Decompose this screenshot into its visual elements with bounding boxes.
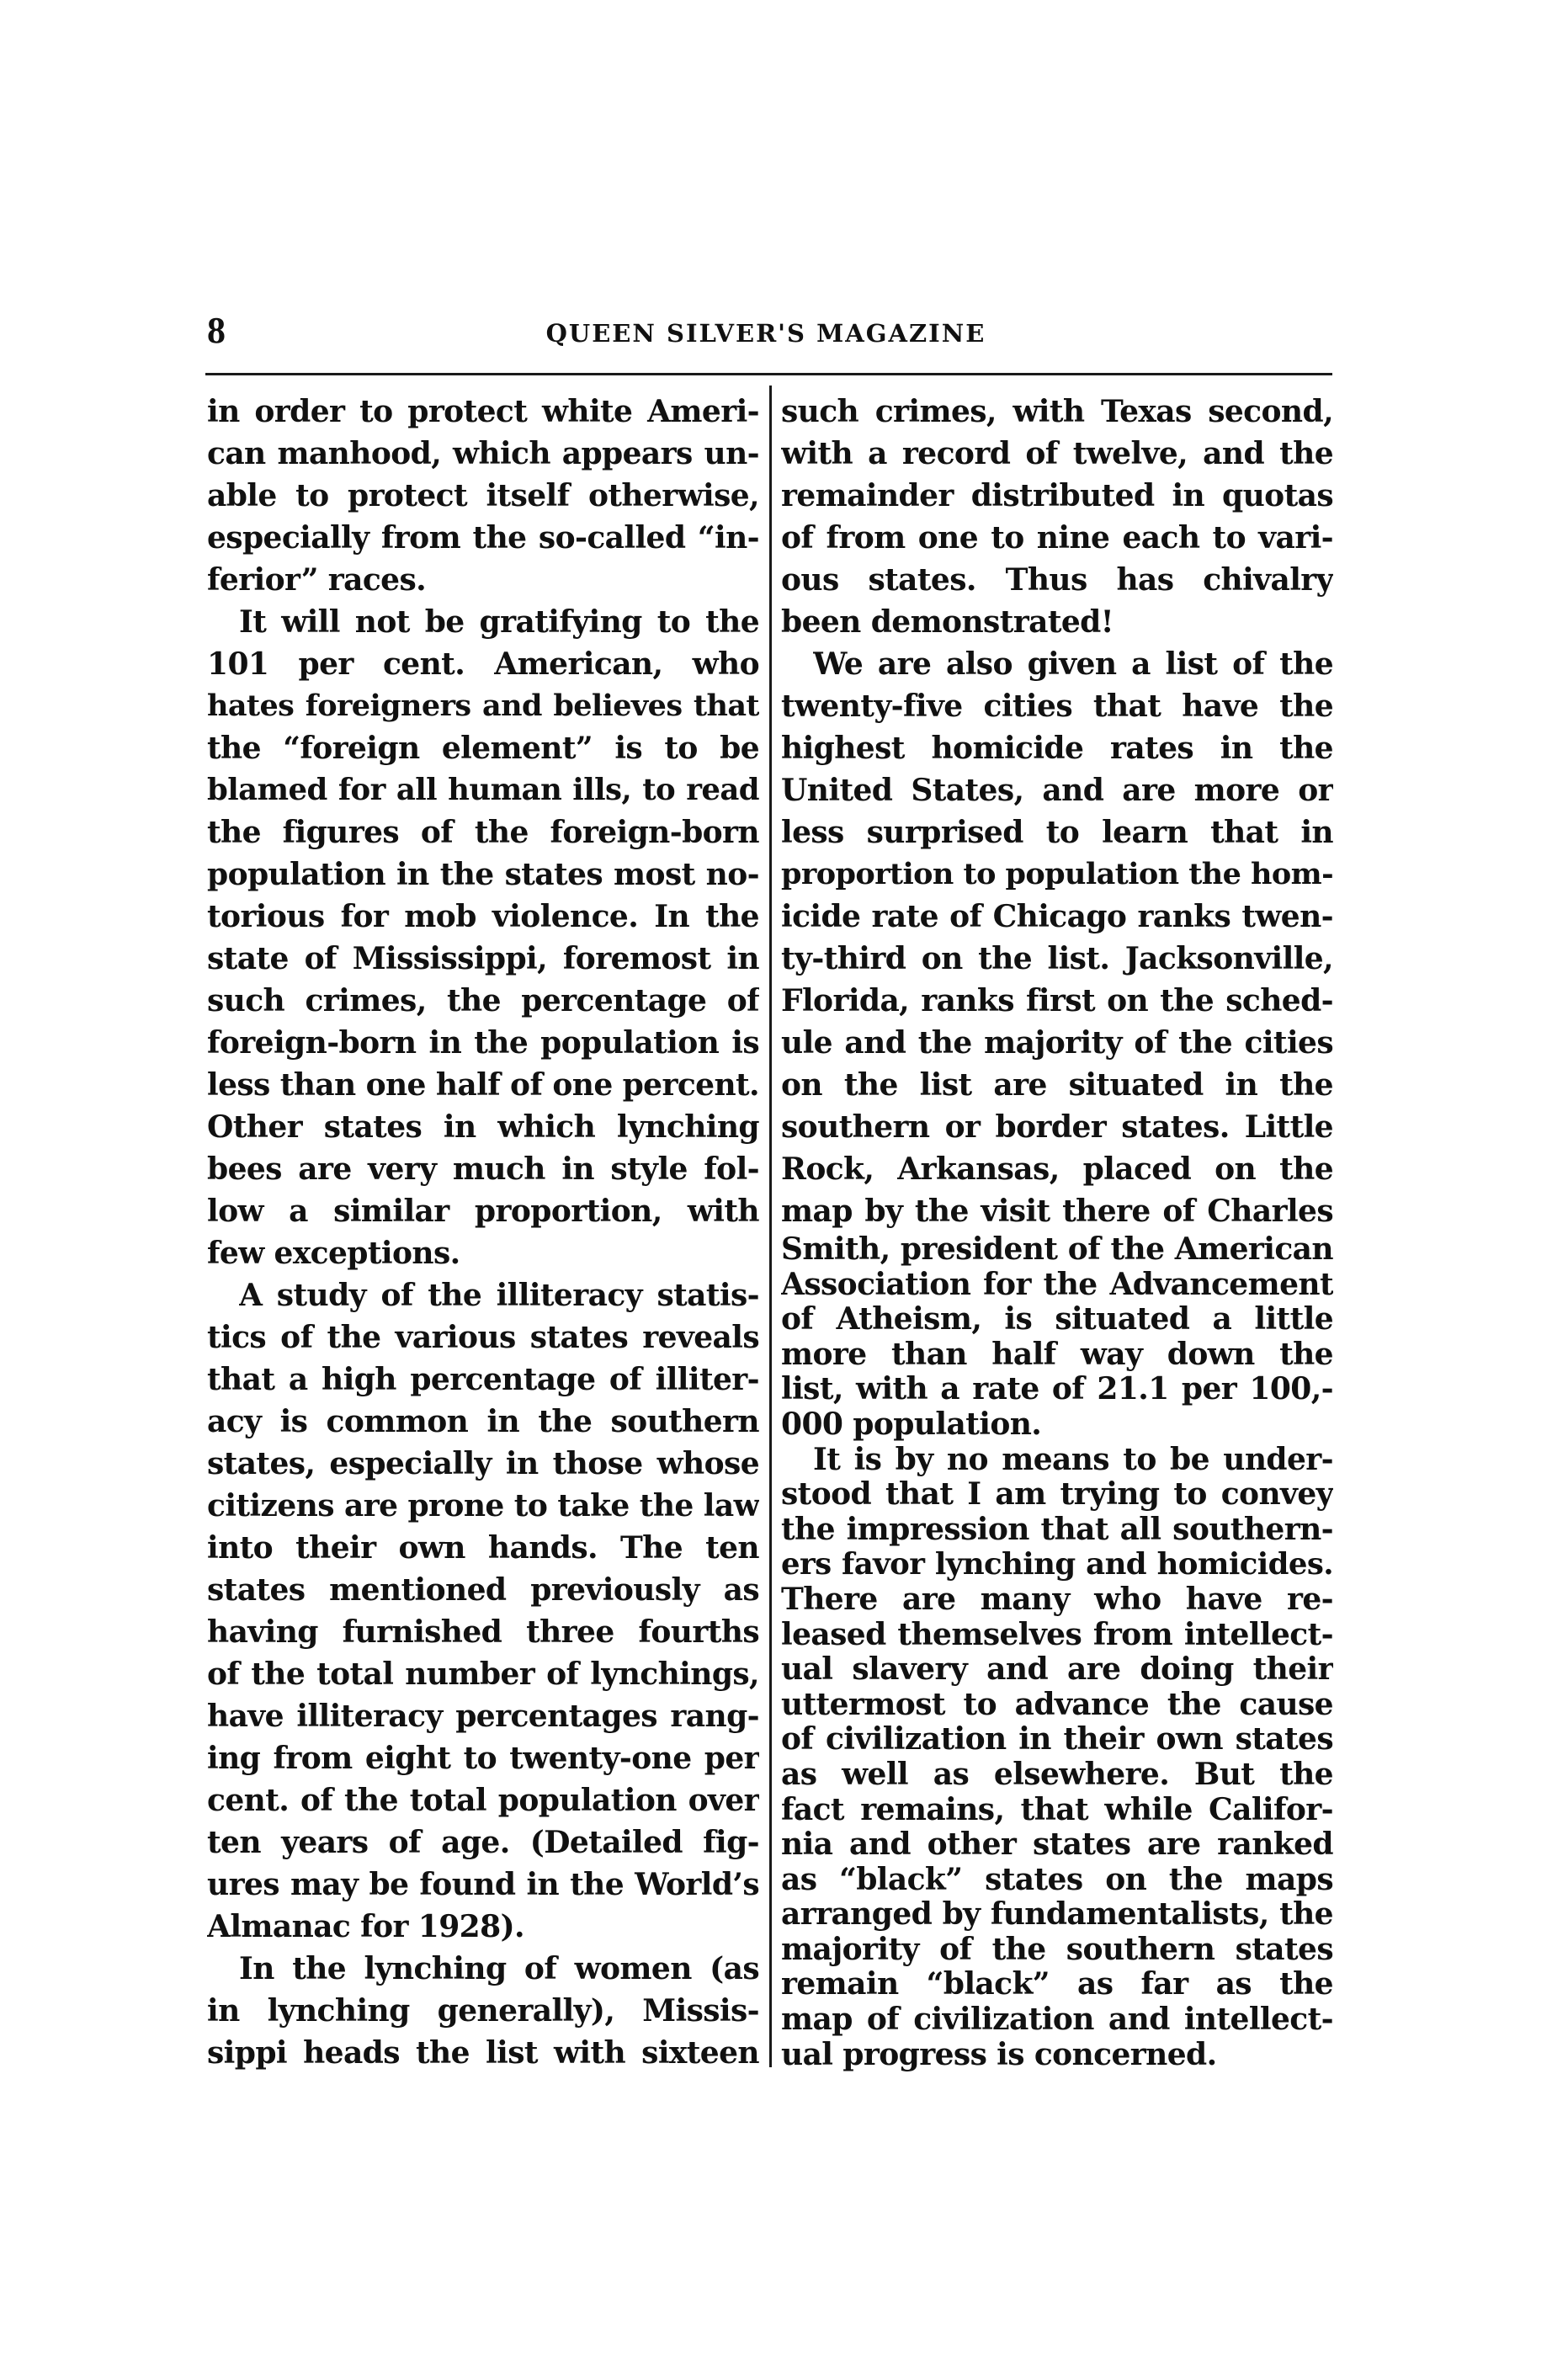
text-line: of from one to nine each to vari- [781, 517, 1333, 559]
left-column: in order to protect white Ameri-can manh… [207, 391, 759, 2074]
text-line-content: uttermost to advance the cause [781, 1688, 1333, 1723]
text-line: Florida, ranks first on the sched- [781, 980, 1333, 1022]
right-column: such crimes, with Texas second,with a re… [781, 391, 1333, 2072]
text-line: It will not be gratifying to the [207, 601, 759, 643]
text-line: stood that I am trying to convey [781, 1477, 1333, 1513]
text-line: map by the visit there of Charles [781, 1190, 1333, 1232]
text-line: It is by no means to be under- [781, 1443, 1333, 1478]
text-line: ers favor lynching and homicides. [781, 1547, 1333, 1582]
text-line: citizens are prone to take the law [207, 1485, 759, 1527]
text-line-content: foreign-born in the population is [207, 1022, 759, 1064]
text-line: ten years of age. (Detailed fig- [207, 1821, 759, 1864]
text-line: especially from the so-called “in- [207, 517, 759, 559]
text-line: ty-third on the list. Jacksonville, [781, 938, 1333, 980]
text-line: ule and the majority of the cities [781, 1022, 1333, 1064]
text-line-content: There are many who have re- [781, 1582, 1333, 1618]
text-line: on the list are situated in the [781, 1064, 1333, 1106]
text-line-content: United States, and are more or [781, 769, 1333, 811]
text-line: highest homicide rates in the [781, 727, 1333, 769]
header-rule [205, 373, 1332, 375]
text-line-content: as “black” states on the maps [781, 1863, 1333, 1898]
text-line-content: ten years of age. (Detailed fig- [207, 1821, 759, 1864]
text-line-content: the “foreign element” is to be [207, 727, 759, 769]
text-line: hates foreigners and believes that [207, 685, 759, 727]
text-line: A study of the illiteracy statis- [207, 1274, 759, 1316]
text-line: list, with a rate of 21.1 per 100,- [781, 1372, 1333, 1407]
text-line: bees are very much in style fol- [207, 1148, 759, 1190]
text-line: can manhood, which appears un- [207, 433, 759, 475]
text-line-content: the figures of the foreign-born [207, 811, 759, 853]
text-line-content: such crimes, the percentage of [207, 980, 759, 1022]
text-line: icide rate of Chicago ranks twen- [781, 896, 1333, 938]
text-line-content: ual progress is concerned. [781, 2038, 1333, 2073]
text-line-content: sippi heads the list with sixteen [207, 2032, 759, 2074]
text-line: of Atheism, is situated a little [781, 1302, 1333, 1337]
text-line-content: Other states in which lynching [207, 1106, 759, 1148]
text-line-content: of civilization in their own states [781, 1722, 1333, 1757]
text-line-content: such crimes, with Texas second, [781, 391, 1333, 433]
text-line-content: the impression that all southern- [781, 1513, 1333, 1548]
text-line-content: citizens are prone to take the law [207, 1485, 759, 1527]
text-line-content: ures may be found in the World’s [207, 1864, 759, 1906]
text-line-content: We are also given a list of the [813, 643, 1333, 685]
text-line: into their own hands. The ten [207, 1527, 759, 1569]
text-line-content: been demonstrated! [781, 601, 1333, 643]
text-line: southern or border states. Little [781, 1106, 1333, 1148]
text-line: Association for the Advancement [781, 1268, 1333, 1303]
text-line-content: proportion to population the hom- [781, 853, 1333, 896]
text-line-content: into their own hands. The ten [207, 1527, 759, 1569]
text-line: that a high percentage of illiter- [207, 1359, 759, 1401]
text-line-content: less than one half of one percent. [207, 1064, 759, 1106]
text-line: blamed for all human ills, to read [207, 769, 759, 811]
text-line-content: have illiteracy percentages rang- [207, 1695, 759, 1737]
text-line: Other states in which lynching [207, 1106, 759, 1148]
text-line: cent. of the total population over [207, 1779, 759, 1821]
text-line: have illiteracy percentages rang- [207, 1695, 759, 1737]
text-line-content: torious for mob violence. In the [207, 896, 759, 938]
text-line: fact remains, that while Califor- [781, 1793, 1333, 1828]
text-line-content: ule and the majority of the cities [781, 1022, 1333, 1064]
text-line-content: state of Mississippi, foremost in [207, 938, 759, 980]
text-line-content: ual slavery and are doing their [781, 1652, 1333, 1688]
text-line: In the lynching of women (as [207, 1948, 759, 1990]
text-line: less surprised to learn that in [781, 811, 1333, 853]
text-line-content: ous states. Thus has chivalry [781, 559, 1333, 601]
text-line: such crimes, with Texas second, [781, 391, 1333, 433]
text-line: torious for mob violence. In the [207, 896, 759, 938]
text-line: There are many who have re- [781, 1582, 1333, 1618]
text-line: population in the states most no- [207, 853, 759, 896]
text-line: with a record of twelve, and the [781, 433, 1333, 475]
text-line-content: 000 population. [781, 1407, 1333, 1443]
text-line-content: 101 per cent. American, who [207, 643, 759, 685]
text-line: as “black” states on the maps [781, 1863, 1333, 1898]
text-line: few exceptions. [207, 1232, 759, 1274]
text-line-content: remain “black” as far as the [781, 1967, 1333, 2002]
text-line-content: Association for the Advancement [781, 1268, 1333, 1303]
text-line-content: less surprised to learn that in [781, 811, 1333, 853]
text-line-content: Florida, ranks first on the sched- [781, 980, 1333, 1022]
text-line-content: states mentioned previously as [207, 1569, 759, 1611]
text-line: Almanac for 1928). [207, 1906, 759, 1948]
text-line-content: ers favor lynching and homicides. [781, 1547, 1333, 1582]
text-line-content: can manhood, which appears un- [207, 433, 759, 475]
text-line: arranged by fundamentalists, the [781, 1897, 1333, 1933]
text-line: of the total number of lynchings, [207, 1653, 759, 1695]
text-line-content: having furnished three fourths [207, 1611, 759, 1653]
text-line: of civilization in their own states [781, 1722, 1333, 1757]
text-line-content: in lynching generally), Missis- [207, 1990, 759, 2032]
text-line-content: southern or border states. Little [781, 1106, 1333, 1148]
text-line-content: map by the visit there of Charles [781, 1190, 1333, 1232]
text-line: proportion to population the hom- [781, 853, 1333, 896]
text-line-content: few exceptions. [207, 1232, 759, 1274]
text-line-content: ing from eight to twenty-one per [207, 1737, 759, 1779]
text-line: tics of the various states reveals [207, 1316, 759, 1359]
text-line-content: twenty-five cities that have the [781, 685, 1333, 727]
text-line: ferior” races. [207, 559, 759, 601]
text-line: the “foreign element” is to be [207, 727, 759, 769]
text-line-content: ty-third on the list. Jacksonville, [781, 938, 1333, 980]
text-line: ing from eight to twenty-one per [207, 1737, 759, 1779]
text-line: Smith, president of the American [781, 1232, 1333, 1268]
text-line: We are also given a list of the [781, 643, 1333, 685]
text-line-content: with a record of twelve, and the [781, 433, 1333, 475]
text-line: majority of the southern states [781, 1933, 1333, 1968]
text-line: been demonstrated! [781, 601, 1333, 643]
text-line-content: more than half way down the [781, 1337, 1333, 1373]
text-line-content: states, especially in those whose [207, 1443, 759, 1485]
text-line-content: especially from the so-called “in- [207, 517, 759, 559]
text-line-content: cent. of the total population over [207, 1779, 759, 1821]
text-line: the figures of the foreign-born [207, 811, 759, 853]
text-line-content: list, with a rate of 21.1 per 100,- [781, 1372, 1333, 1407]
text-line: able to protect itself otherwise, [207, 475, 759, 517]
text-line: in order to protect white Ameri- [207, 391, 759, 433]
text-line-content: of Atheism, is situated a little [781, 1302, 1333, 1337]
text-line-content: icide rate of Chicago ranks twen- [781, 896, 1333, 938]
text-line: ous states. Thus has chivalry [781, 559, 1333, 601]
text-line: foreign-born in the population is [207, 1022, 759, 1064]
text-line-content: on the list are situated in the [781, 1064, 1333, 1106]
text-line: more than half way down the [781, 1337, 1333, 1373]
text-line: nia and other states are ranked [781, 1827, 1333, 1863]
text-line-content: in order to protect white Ameri- [207, 391, 759, 433]
text-line: ual slavery and are doing their [781, 1652, 1333, 1688]
text-line-content: arranged by fundamentalists, the [781, 1897, 1333, 1933]
text-line-content: Almanac for 1928). [207, 1906, 759, 1948]
text-line: state of Mississippi, foremost in [207, 938, 759, 980]
text-line: sippi heads the list with sixteen [207, 2032, 759, 2074]
text-line: United States, and are more or [781, 769, 1333, 811]
text-line-content: nia and other states are ranked [781, 1827, 1333, 1863]
text-line-content: map of civilization and intellect- [781, 2002, 1333, 2038]
text-line-content: able to protect itself otherwise, [207, 475, 759, 517]
text-line: leased themselves from intellect- [781, 1618, 1333, 1653]
text-line: remainder distributed in quotas [781, 475, 1333, 517]
text-line: map of civilization and intellect- [781, 2002, 1333, 2038]
text-line-content: fact remains, that while Califor- [781, 1793, 1333, 1828]
text-line-content: bees are very much in style fol- [207, 1148, 759, 1190]
text-line-content: majority of the southern states [781, 1933, 1333, 1968]
text-line: ures may be found in the World’s [207, 1864, 759, 1906]
text-line: twenty-five cities that have the [781, 685, 1333, 727]
text-line: Rock, Arkansas, placed on the [781, 1148, 1333, 1190]
text-line: uttermost to advance the cause [781, 1688, 1333, 1723]
text-line: remain “black” as far as the [781, 1967, 1333, 2002]
text-line-content: highest homicide rates in the [781, 727, 1333, 769]
text-line-content: of the total number of lynchings, [207, 1653, 759, 1695]
text-line: states, especially in those whose [207, 1443, 759, 1485]
text-line-content: stood that I am trying to convey [781, 1477, 1333, 1513]
text-line-content: population in the states most no- [207, 853, 759, 896]
text-line-content: as well as elsewhere. But the [781, 1757, 1333, 1793]
text-line: 000 population. [781, 1407, 1333, 1443]
text-line-content: blamed for all human ills, to read [207, 769, 759, 811]
text-line-content: It will not be gratifying to the [239, 601, 759, 643]
text-line: in lynching generally), Missis- [207, 1990, 759, 2032]
text-line: as well as elsewhere. But the [781, 1757, 1333, 1793]
column-divider [769, 386, 772, 2067]
text-line-content: low a similar proportion, with [207, 1190, 759, 1232]
text-line: such crimes, the percentage of [207, 980, 759, 1022]
text-line: the impression that all southern- [781, 1513, 1333, 1548]
page-number: 8 [207, 310, 226, 352]
text-line: states mentioned previously as [207, 1569, 759, 1611]
text-line-content: tics of the various states reveals [207, 1316, 759, 1359]
text-line: 101 per cent. American, who [207, 643, 759, 685]
text-line: having furnished three fourths [207, 1611, 759, 1653]
text-line-content: ferior” races. [207, 559, 759, 601]
text-line-content: that a high percentage of illiter- [207, 1359, 759, 1401]
text-line-content: In the lynching of women (as [239, 1948, 759, 1990]
text-line-content: Rock, Arkansas, placed on the [781, 1148, 1333, 1190]
text-line: low a similar proportion, with [207, 1190, 759, 1232]
text-line-content: acy is common in the southern [207, 1401, 759, 1443]
text-line: acy is common in the southern [207, 1401, 759, 1443]
text-line-content: remainder distributed in quotas [781, 475, 1333, 517]
text-line-content: Smith, president of the American [781, 1232, 1333, 1268]
text-line-content: It is by no means to be under- [813, 1443, 1333, 1478]
text-line: less than one half of one percent. [207, 1064, 759, 1106]
text-line-content: of from one to nine each to vari- [781, 517, 1333, 559]
text-line: ual progress is concerned. [781, 2038, 1333, 2073]
text-line-content: hates foreigners and believes that [207, 685, 759, 727]
text-line-content: leased themselves from intellect- [781, 1618, 1333, 1653]
text-line-content: A study of the illiteracy statis- [239, 1274, 759, 1316]
running-title: QUEEN SILVER'S MAGAZINE [505, 316, 1027, 350]
